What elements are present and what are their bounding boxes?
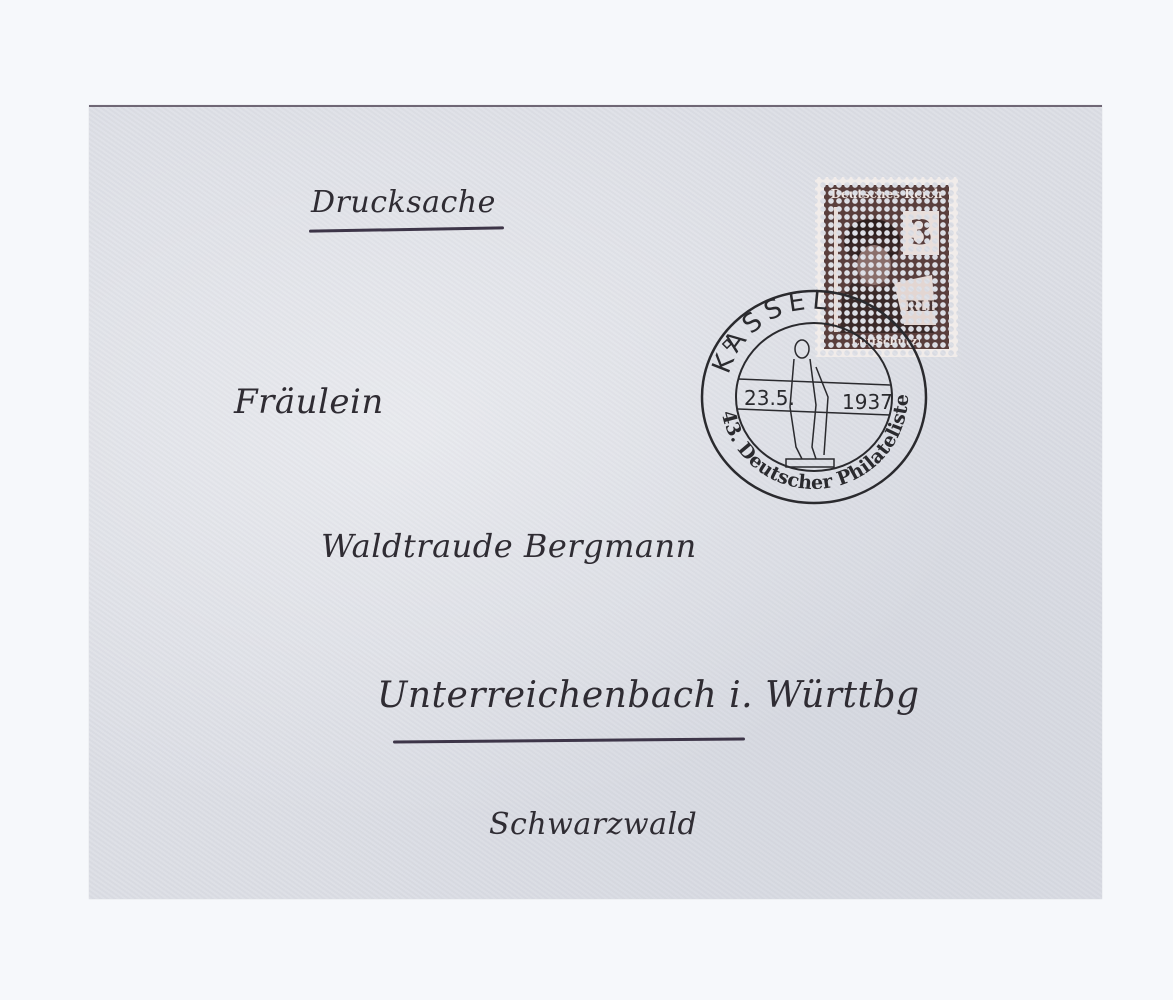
recipient-name-handwriting: Waldtraude Bergmann: [321, 527, 697, 565]
city-underline: [393, 737, 745, 743]
service-note-underline: [309, 226, 504, 232]
salutation-handwriting: Fräulein: [234, 382, 384, 422]
postmark-cancellation: KASSEL 43. Deutscher Philatelistentag 23…: [698, 287, 930, 507]
postmark-city: KASSEL: [707, 287, 835, 377]
city-handwriting: Unterreichenbach i. Württbg: [377, 675, 920, 716]
stamp-denomination: 3: [903, 211, 939, 255]
service-note-handwriting: Drucksache: [311, 185, 496, 220]
svg-text:KASSEL: KASSEL: [707, 287, 835, 377]
postmark-year: 1937: [842, 390, 893, 414]
region-handwriting: Schwarzwald: [489, 807, 697, 842]
postmark-date: 23.5.: [744, 386, 795, 410]
envelope: Drucksache Fräulein Waldtraude Bergmann …: [89, 105, 1102, 899]
